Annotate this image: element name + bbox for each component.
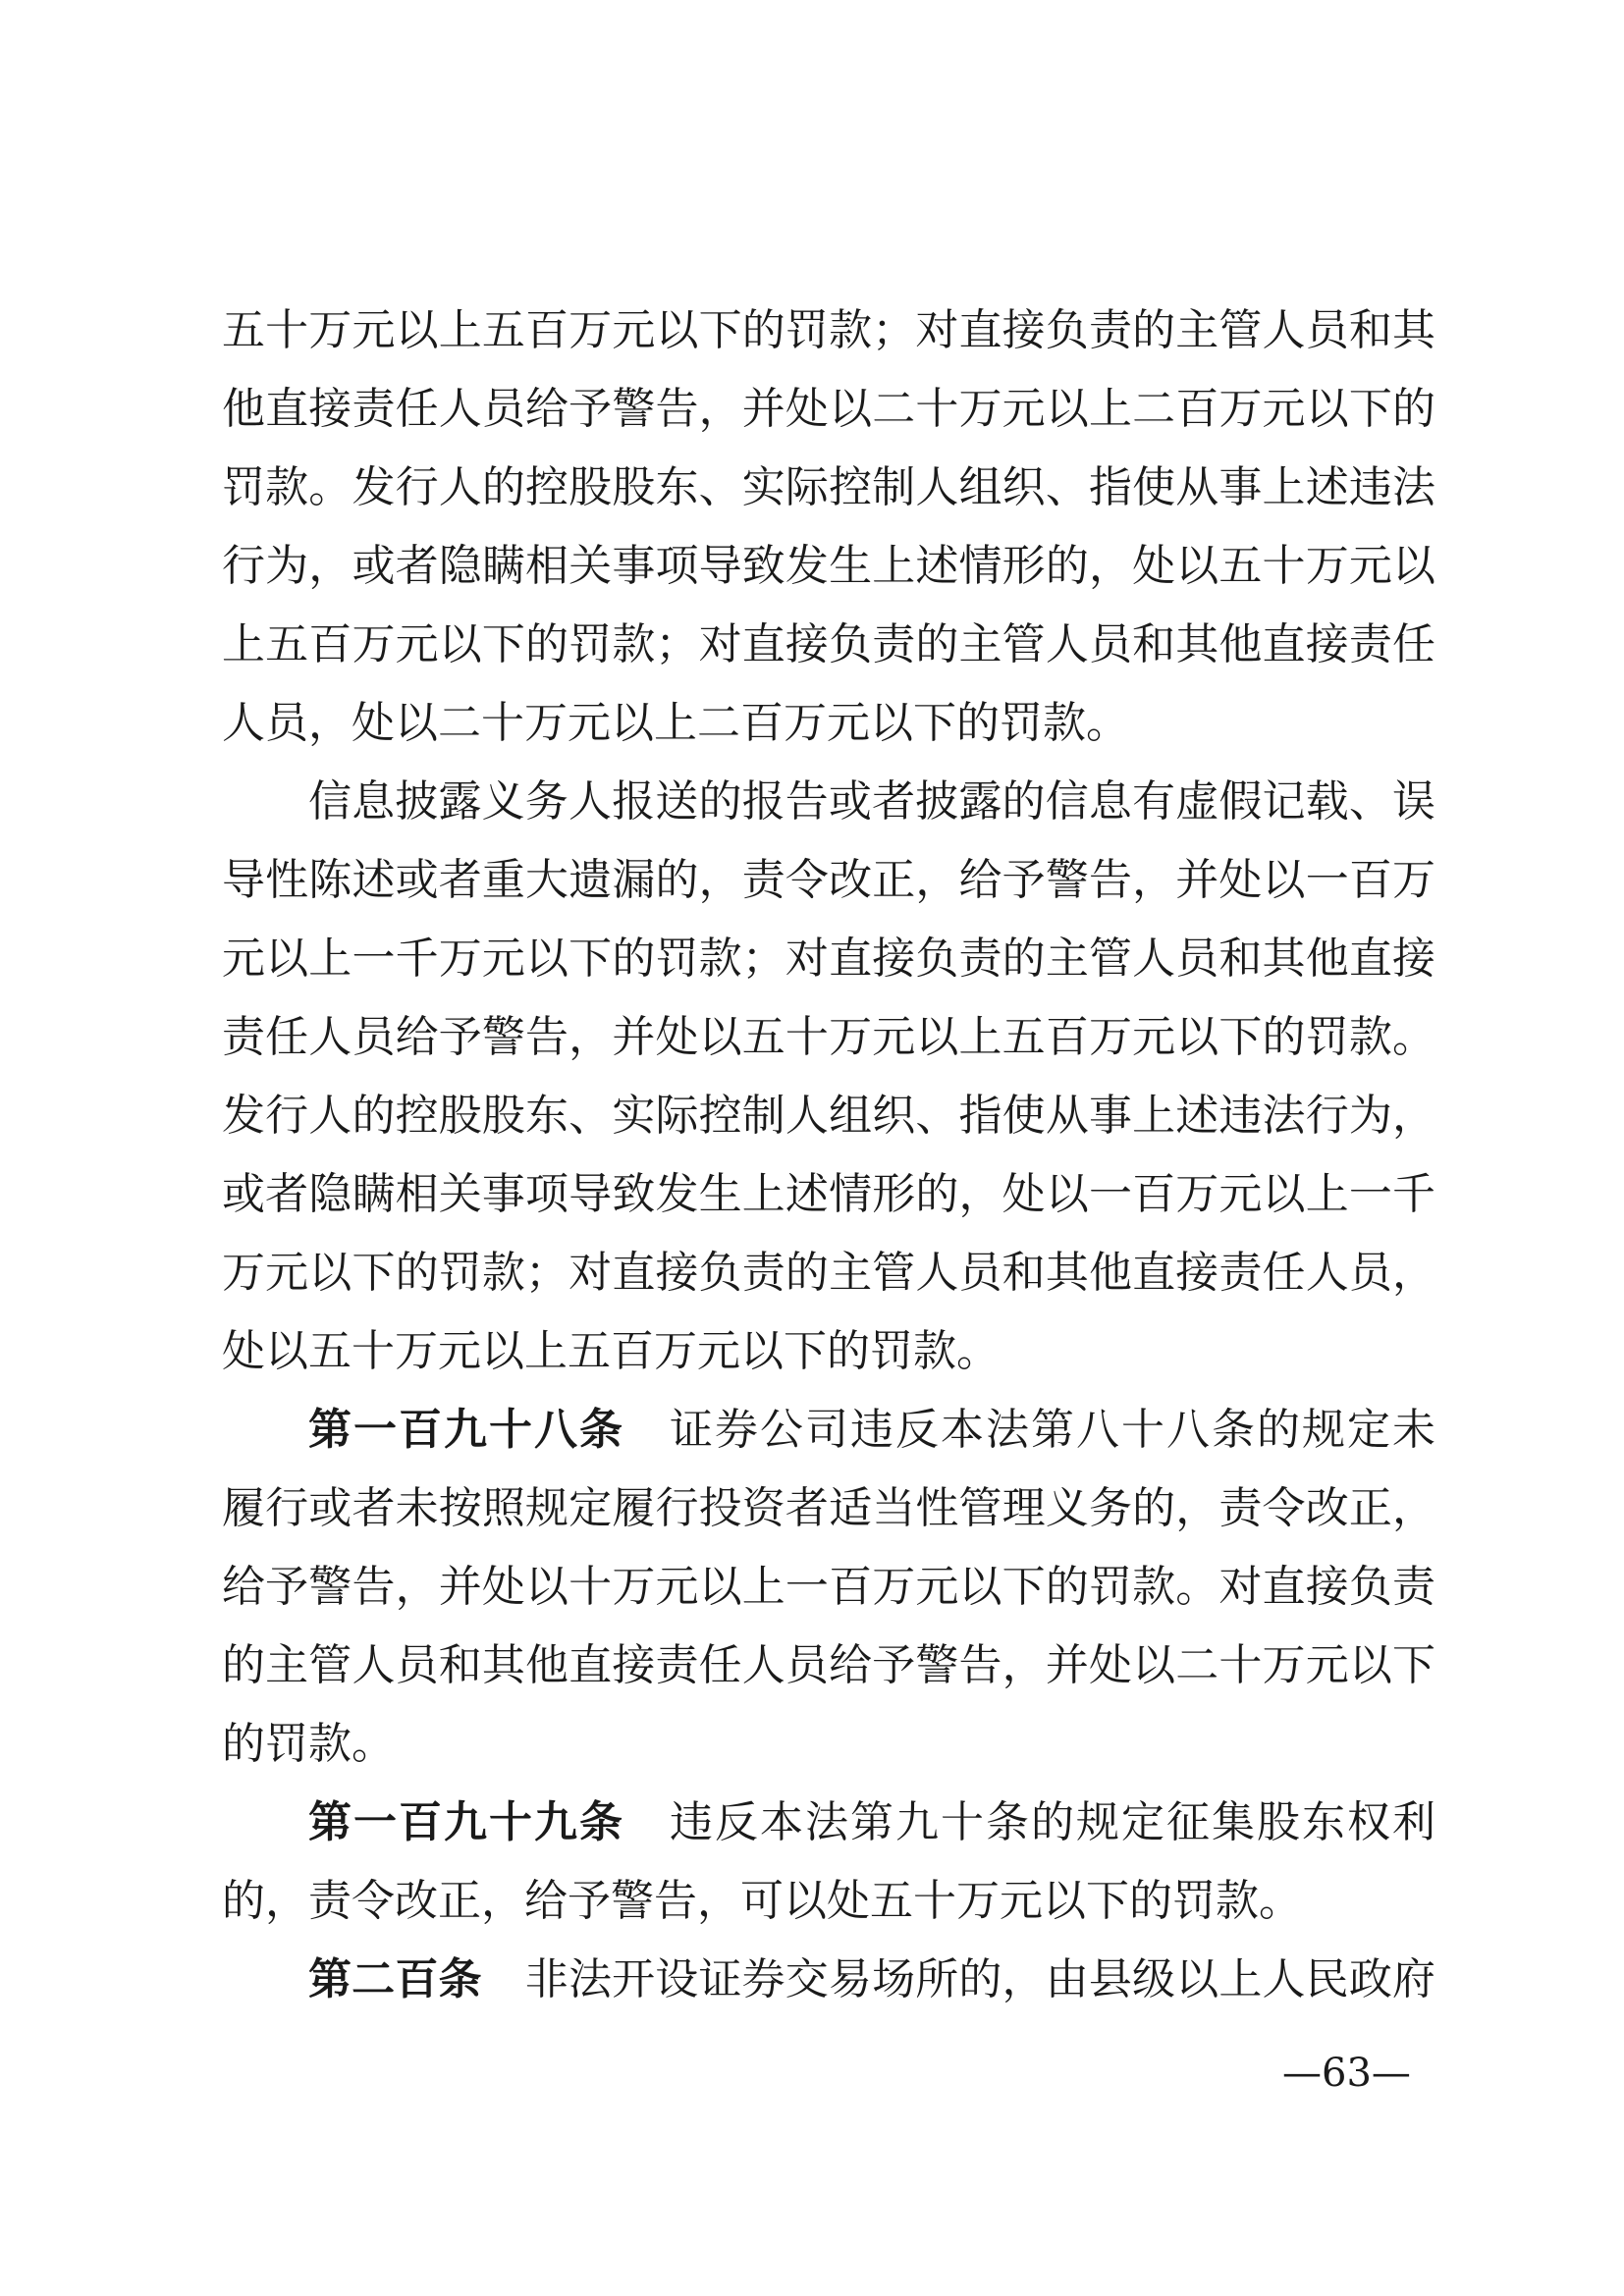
document-page: 五十万元以上五百万元以下的罚款；对直接负责的主管人员和其他直接责任人员给予警告，…: [0, 0, 1624, 2296]
text-run: 上五百万元以下的罚款；对直接负责的主管人员和其他直接责任: [222, 619, 1435, 669]
text-line: 给予警告，并处以十万元以上一百万元以下的罚款。对直接负责: [222, 1548, 1435, 1627]
text-run: 信息披露义务人报送的报告或者披露的信息有虚假记载、误: [308, 776, 1435, 827]
text-run: 行为，或者隐瞒相关事项导致发生上述情形的，处以五十万元以: [222, 541, 1435, 591]
text-run: 非法开设证券交易场所的，由县级以上人民政府: [482, 1954, 1435, 2004]
text-run: 或者隐瞒相关事项导致发生上述情形的，处以一百万元以上一千: [222, 1169, 1435, 1219]
text-run: 证券公司违反本法第八十八条的规定未: [624, 1405, 1435, 1455]
text-line: 处以五十万元以上五百万元以下的罚款。: [222, 1312, 1435, 1391]
text-run: 导性陈述或者重大遗漏的，责令改正，给予警告，并处以一百万: [222, 855, 1435, 905]
text-line: 或者隐瞒相关事项导致发生上述情形的，处以一百万元以上一千: [222, 1155, 1435, 1234]
text-run: 五十万元以上五百万元以下的罚款；对直接负责的主管人员和其: [222, 305, 1435, 355]
text-run: 万元以下的罚款；对直接负责的主管人员和其他直接责任人员，: [222, 1248, 1435, 1298]
text-line: 第二百条 非法开设证券交易场所的，由县级以上人民政府: [222, 1941, 1435, 2019]
text-run: 元以上一千万元以下的罚款；对直接负责的主管人员和其他直接: [222, 934, 1435, 984]
document-page-background: { "page": { "background_color": "#ffffff…: [0, 0, 1624, 2296]
article-number: 第二百条: [308, 1954, 482, 2004]
text-line: 履行或者未按照规定履行投资者适当性管理义务的，责令改正，: [222, 1469, 1435, 1548]
page-number: —63—: [1282, 2050, 1411, 2097]
text-line: 信息披露义务人报送的报告或者披露的信息有虚假记载、误: [222, 763, 1435, 841]
text-line: 责任人员给予警告，并处以五十万元以上五百万元以下的罚款。: [222, 998, 1435, 1077]
text-run: 人员，处以二十万元以上二百万元以下的罚款。: [222, 698, 1129, 748]
text-line: 五十万元以上五百万元以下的罚款；对直接负责的主管人员和其: [222, 292, 1435, 370]
text-line: 第一百九十九条 违反本法第九十条的规定征集股东权利: [222, 1784, 1435, 1862]
text-line: 导性陈述或者重大遗漏的，责令改正，给予警告，并处以一百万: [222, 841, 1435, 920]
text-run: 处以五十万元以上五百万元以下的罚款。: [222, 1326, 1000, 1376]
article-number: 第一百九十八条: [308, 1405, 624, 1455]
text-run: 的罚款。: [222, 1719, 395, 1769]
text-line: 的罚款。: [222, 1705, 1435, 1784]
text-line: 行为，或者隐瞒相关事项导致发生上述情形的，处以五十万元以: [222, 527, 1435, 606]
text-run: 违反本法第九十条的规定征集股东权利: [624, 1797, 1435, 1847]
text-block: 五十万元以上五百万元以下的罚款；对直接负责的主管人员和其他直接责任人员给予警告，…: [222, 292, 1435, 2019]
text-run: 发行人的控股股东、实际控制人组织、指使从事上述违法行为，: [222, 1091, 1435, 1141]
text-run: 给予警告，并处以十万元以上一百万元以下的罚款。对直接负责: [222, 1562, 1435, 1612]
text-line: 元以上一千万元以下的罚款；对直接负责的主管人员和其他直接: [222, 920, 1435, 998]
text-run: 他直接责任人员给予警告，并处以二十万元以上二百万元以下的: [222, 384, 1435, 434]
text-run: 的主管人员和其他直接责任人员给予警告，并处以二十万元以下: [222, 1640, 1435, 1690]
text-line: 发行人的控股股东、实际控制人组织、指使从事上述违法行为，: [222, 1077, 1435, 1155]
text-run: 履行或者未按照规定履行投资者适当性管理义务的，责令改正，: [222, 1483, 1435, 1533]
text-line: 的主管人员和其他直接责任人员给予警告，并处以二十万元以下: [222, 1627, 1435, 1705]
text-run: 罚款。发行人的控股股东、实际控制人组织、指使从事上述违法: [222, 462, 1435, 512]
text-line: 罚款。发行人的控股股东、实际控制人组织、指使从事上述违法: [222, 449, 1435, 527]
text-run: 责任人员给予警告，并处以五十万元以上五百万元以下的罚款。: [222, 1012, 1435, 1062]
text-line: 万元以下的罚款；对直接负责的主管人员和其他直接责任人员，: [222, 1234, 1435, 1312]
text-line: 他直接责任人员给予警告，并处以二十万元以上二百万元以下的: [222, 370, 1435, 449]
article-number: 第一百九十九条: [308, 1797, 624, 1847]
text-line: 人员，处以二十万元以上二百万元以下的罚款。: [222, 684, 1435, 763]
text-line: 的，责令改正，给予警告，可以处五十万元以下的罚款。: [222, 1862, 1435, 1941]
text-run: 的，责令改正，给予警告，可以处五十万元以下的罚款。: [222, 1876, 1302, 1926]
text-line: 第一百九十八条 证券公司违反本法第八十八条的规定未: [222, 1391, 1435, 1469]
text-line: 上五百万元以下的罚款；对直接负责的主管人员和其他直接责任: [222, 606, 1435, 684]
